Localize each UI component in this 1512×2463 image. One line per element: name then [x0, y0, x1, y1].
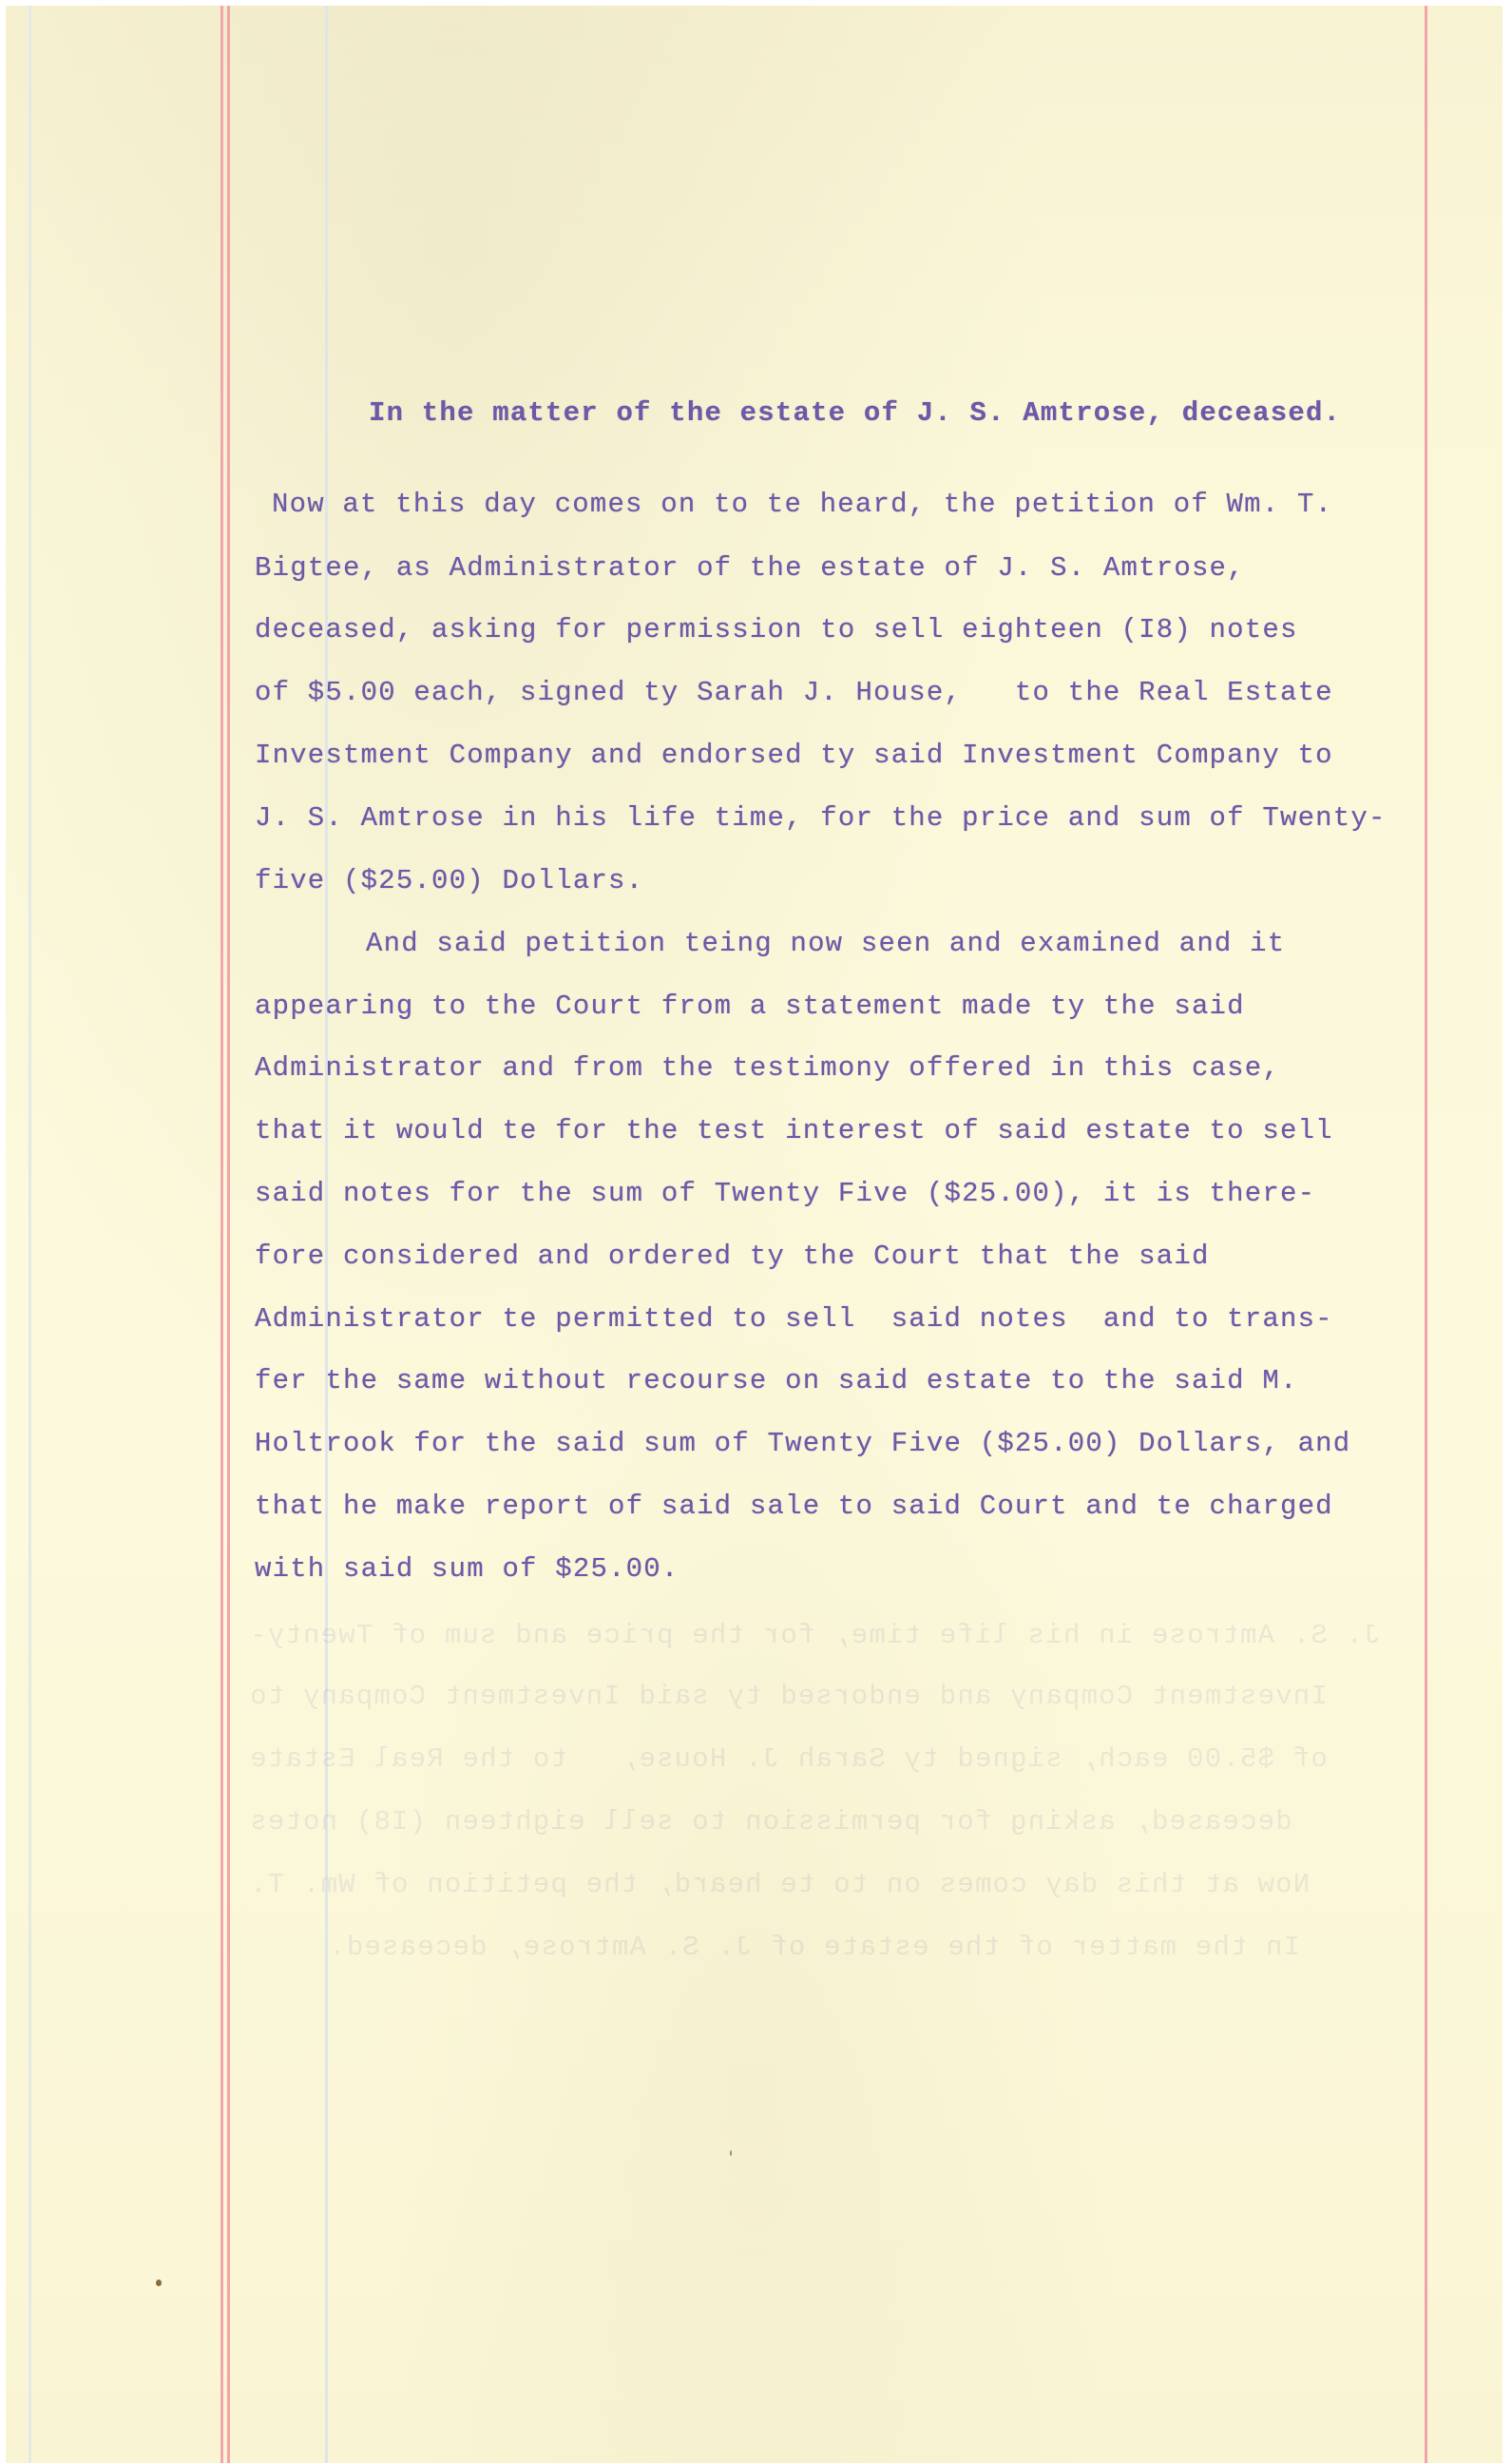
- bleed-line: deceased, asking for permission to sell …: [249, 1808, 1292, 1836]
- paper-speck: [156, 2280, 162, 2286]
- paragraph-line: fer the same without recourse on said es…: [255, 1367, 1298, 1395]
- faint-left-rule: [29, 6, 31, 2463]
- paragraph-line: Investment Company and endorsed ty said …: [255, 741, 1333, 769]
- paragraph-line: appearing to the Court from a statement …: [255, 992, 1245, 1020]
- bleed-line: In the matter of the estate of J. S. Amt…: [328, 1934, 1300, 1961]
- paragraph-line: fore considered and ordered ty the Court…: [255, 1242, 1210, 1270]
- paragraph-line: that he make report of said sale to said…: [255, 1492, 1333, 1520]
- paper-speck: [730, 2150, 732, 2156]
- paragraph-line: Administrator te permitted to sell said …: [255, 1305, 1333, 1333]
- paragraph-line: Bigtee, as Administrator of the estate o…: [255, 554, 1245, 582]
- paragraph-line: Administrator and from the testimony off…: [255, 1054, 1280, 1082]
- paragraph-line: And said petition teing now seen and exa…: [366, 930, 1285, 957]
- faint-blue-rule: [325, 6, 328, 2463]
- right-margin-rule: [1425, 6, 1427, 2463]
- paragraph-line: J. S. Amtrose in his life time, for the …: [255, 804, 1387, 832]
- paragraph-line: with said sum of $25.00.: [255, 1555, 679, 1583]
- case-heading: In the matter of the estate of J. S. Amt…: [369, 399, 1341, 427]
- bleed-line: Investment Company and endorsed ty said …: [249, 1683, 1328, 1710]
- paragraph-line: Holtrook for the said sum of Twenty Five…: [255, 1430, 1350, 1457]
- paragraph-line: deceased, asking for permission to sell …: [255, 616, 1298, 644]
- bleed-line: J. S. Amtrose in his life time, for the …: [249, 1622, 1381, 1649]
- paragraph-line: said notes for the sum of Twenty Five ($…: [255, 1180, 1315, 1207]
- left-margin-rule-inner: [227, 6, 230, 2463]
- paragraph-line: of $5.00 each, signed ty Sarah J. House,…: [255, 679, 1333, 706]
- paragraph-line: that it would te for the test interest o…: [255, 1117, 1333, 1145]
- paper-sheet: [6, 6, 1502, 2463]
- paragraph-line: Now at this day comes on to te heard, th…: [272, 491, 1332, 518]
- bleed-line: Now at this day comes on to te heard, th…: [249, 1871, 1310, 1898]
- paragraph-line: five ($25.00) Dollars.: [255, 867, 643, 895]
- bleed-line: of $5.00 each, signed ty Sarah J. House,…: [249, 1745, 1328, 1773]
- left-margin-rule-outer: [220, 6, 223, 2463]
